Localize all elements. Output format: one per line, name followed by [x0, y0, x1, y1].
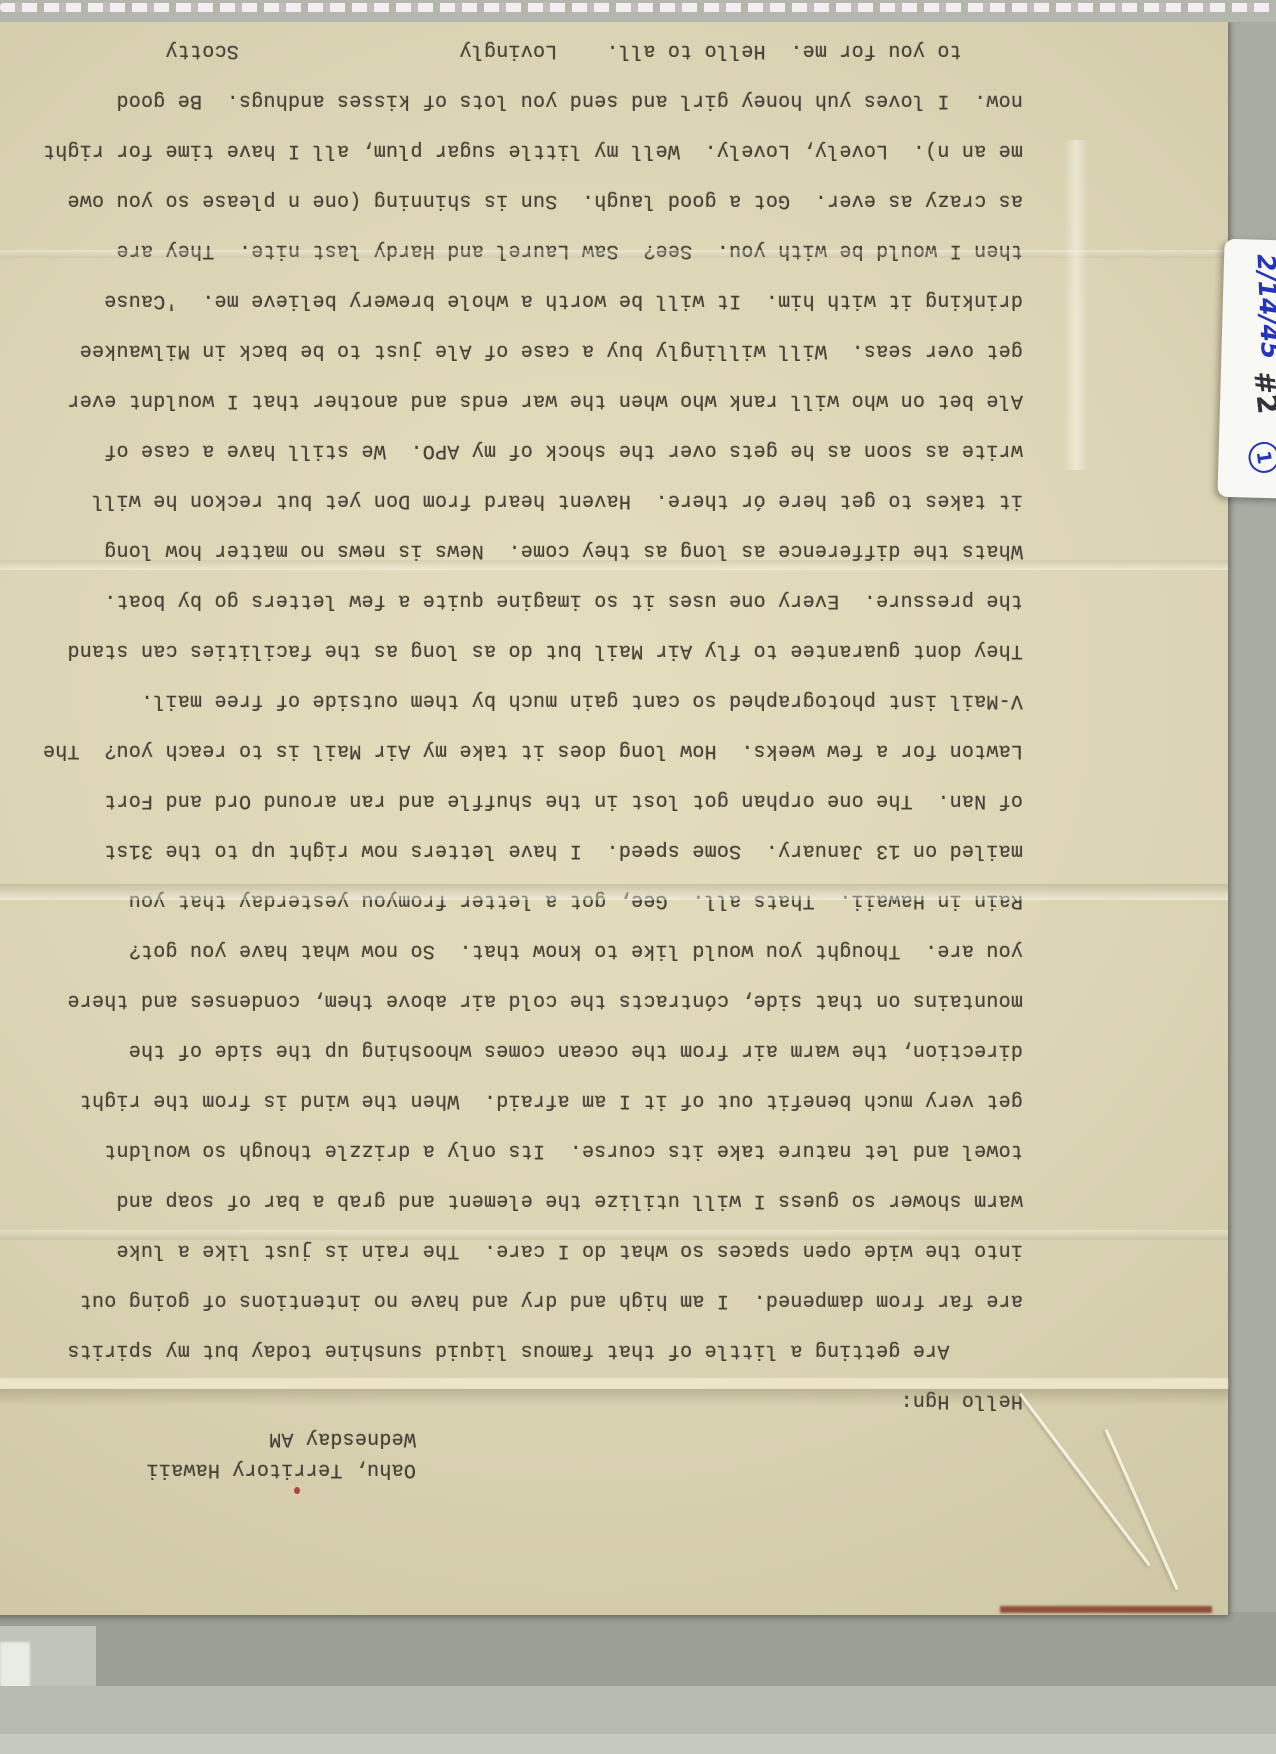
letter-paper: Oahu, Territory Hawaii Wednesday AM Hell…	[0, 20, 1228, 1615]
scanned-letter-page: Oahu, Territory Hawaii Wednesday AM Hell…	[0, 0, 1276, 1754]
scanner-background-band	[0, 1734, 1276, 1754]
archival-date-label: 2/14/45 #2 1	[1217, 239, 1276, 499]
letter-dateline: Oahu, Territory Hawaii Wednesday AM	[146, 1423, 416, 1485]
letter-body: Hello Hgn: Are getting a little of that …	[43, 25, 1023, 1425]
binder-perforation-strip	[0, 0, 1276, 22]
label-circled-page-number: 1	[1247, 440, 1276, 475]
perforation-holes	[0, 3, 1276, 12]
label-handwritten-date: 2/14/45	[1252, 253, 1276, 359]
red-ink-dot	[294, 1487, 300, 1494]
label-rotated-text: 2/14/45 #2 1	[1217, 239, 1276, 497]
letter-content-upside-down: Oahu, Territory Hawaii Wednesday AM Hell…	[0, 20, 1228, 1615]
red-ink-smear	[1000, 1606, 1212, 1613]
label-letter-number: #2	[1248, 370, 1276, 416]
